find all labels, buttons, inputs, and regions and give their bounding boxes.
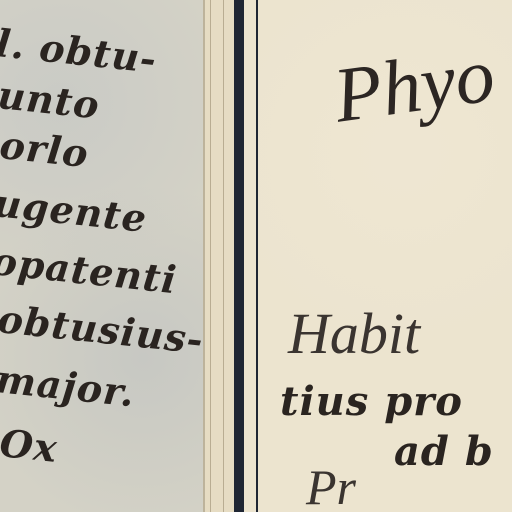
page-heading: Phyo <box>329 29 500 140</box>
left-line-4: ugente <box>0 180 149 241</box>
right-line-4: Pr <box>306 458 356 512</box>
right-page: Phyo Habit tius pro ad b Pr <box>244 0 512 512</box>
right-line-3: ad b <box>394 428 494 475</box>
left-line-5: opatenti <box>0 238 179 302</box>
margin-strip <box>205 0 235 512</box>
left-line-6: obtusius- <box>0 296 206 362</box>
left-line-1: l. obtu- <box>0 20 159 82</box>
left-page: l. obtu- unto orlo ugente opatenti obtus… <box>0 0 204 512</box>
right-line-1: Habit <box>288 300 420 367</box>
right-line-2: tius pro <box>280 378 463 425</box>
left-line-2: unto <box>0 72 102 127</box>
left-line-3: orlo <box>0 122 91 176</box>
border-rule-thin <box>256 0 258 512</box>
manuscript-scan: l. obtu- unto orlo ugente opatenti obtus… <box>0 0 512 512</box>
left-line-8: Ox <box>0 420 60 471</box>
border-rule-thick <box>234 0 244 512</box>
faint-rule <box>210 0 211 512</box>
left-line-7: major. <box>0 356 137 415</box>
faint-rule <box>223 0 224 512</box>
